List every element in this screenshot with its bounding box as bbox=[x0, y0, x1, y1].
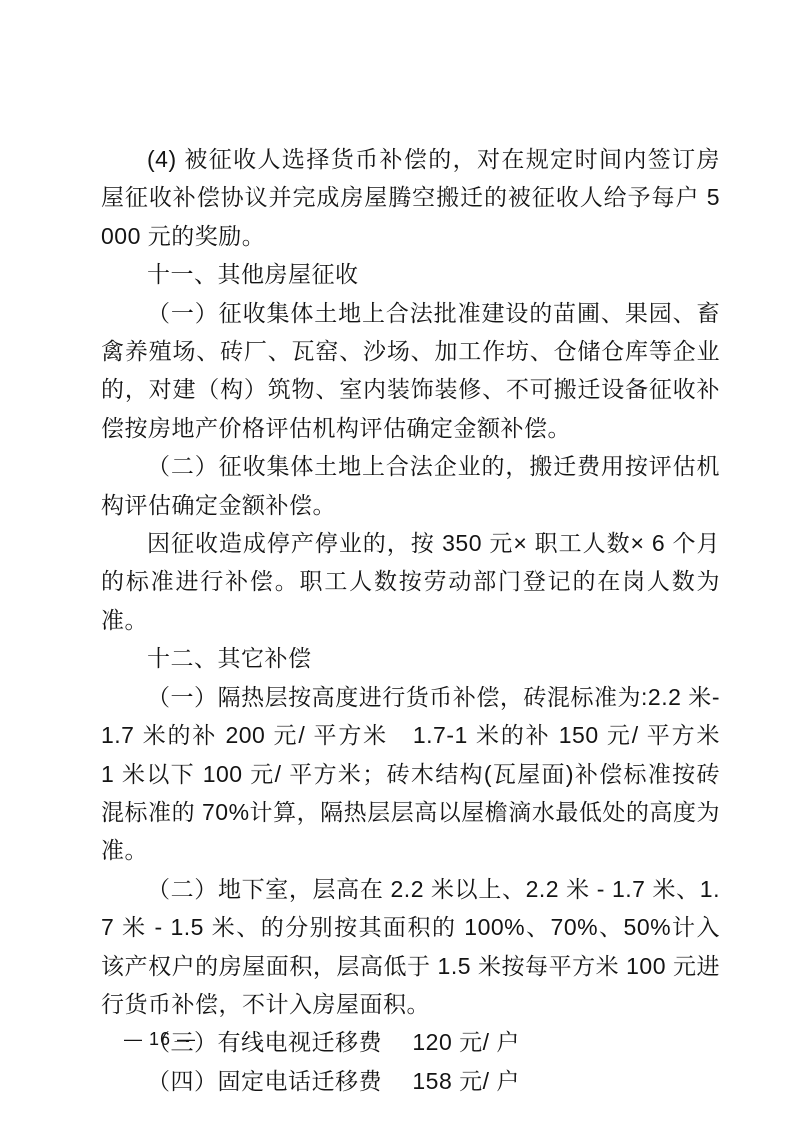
para-cash-compensation-reward: (4) 被征收人选择货币补偿的，对在规定时间内签订房屋征收补偿协议并完成房屋腾空… bbox=[101, 140, 720, 255]
heading-section-twelve-other-compensation: 十二、其它补偿 bbox=[101, 639, 720, 677]
para-business-suspension-compensation: 因征收造成停产停业的，按 350 元× 职工人数× 6 个月的标准进行补偿。职工… bbox=[101, 524, 720, 639]
page-number: — 16 — bbox=[124, 1028, 196, 1050]
para-basement-area-compensation: （二）地下室，层高在 2.2 米以上、2.2 米 - 1.7 米、1.7 米 -… bbox=[101, 870, 720, 1024]
para-insulation-layer-compensation: （一）隔热层按高度进行货币补偿，砖混标准为:2.2 米-1.7 米的补 200 … bbox=[101, 678, 720, 870]
para-collective-land-enterprises-compensation: （一）征收集体土地上合法批准建设的苗圃、果园、畜禽养殖场、砖厂、瓦窑、沙场、加工… bbox=[101, 294, 720, 448]
document-page: (4) 被征收人选择货币补偿的，对在规定时间内签订房屋征收补偿协议并完成房屋腾空… bbox=[0, 0, 793, 1122]
para-enterprise-relocation-fee-assessment: （二）征收集体土地上合法企业的，搬迁费用按评估机构评估确定金额补偿。 bbox=[101, 447, 720, 524]
document-body: (4) 被征收人选择货币补偿的，对在规定时间内签订房屋征收补偿协议并完成房屋腾空… bbox=[101, 140, 720, 1100]
heading-section-eleven-other-housing-expropriation: 十一、其他房屋征收 bbox=[101, 255, 720, 293]
para-fixed-telephone-transfer-fee: （四）固定电话迁移费 158 元/ 户 bbox=[101, 1062, 720, 1100]
